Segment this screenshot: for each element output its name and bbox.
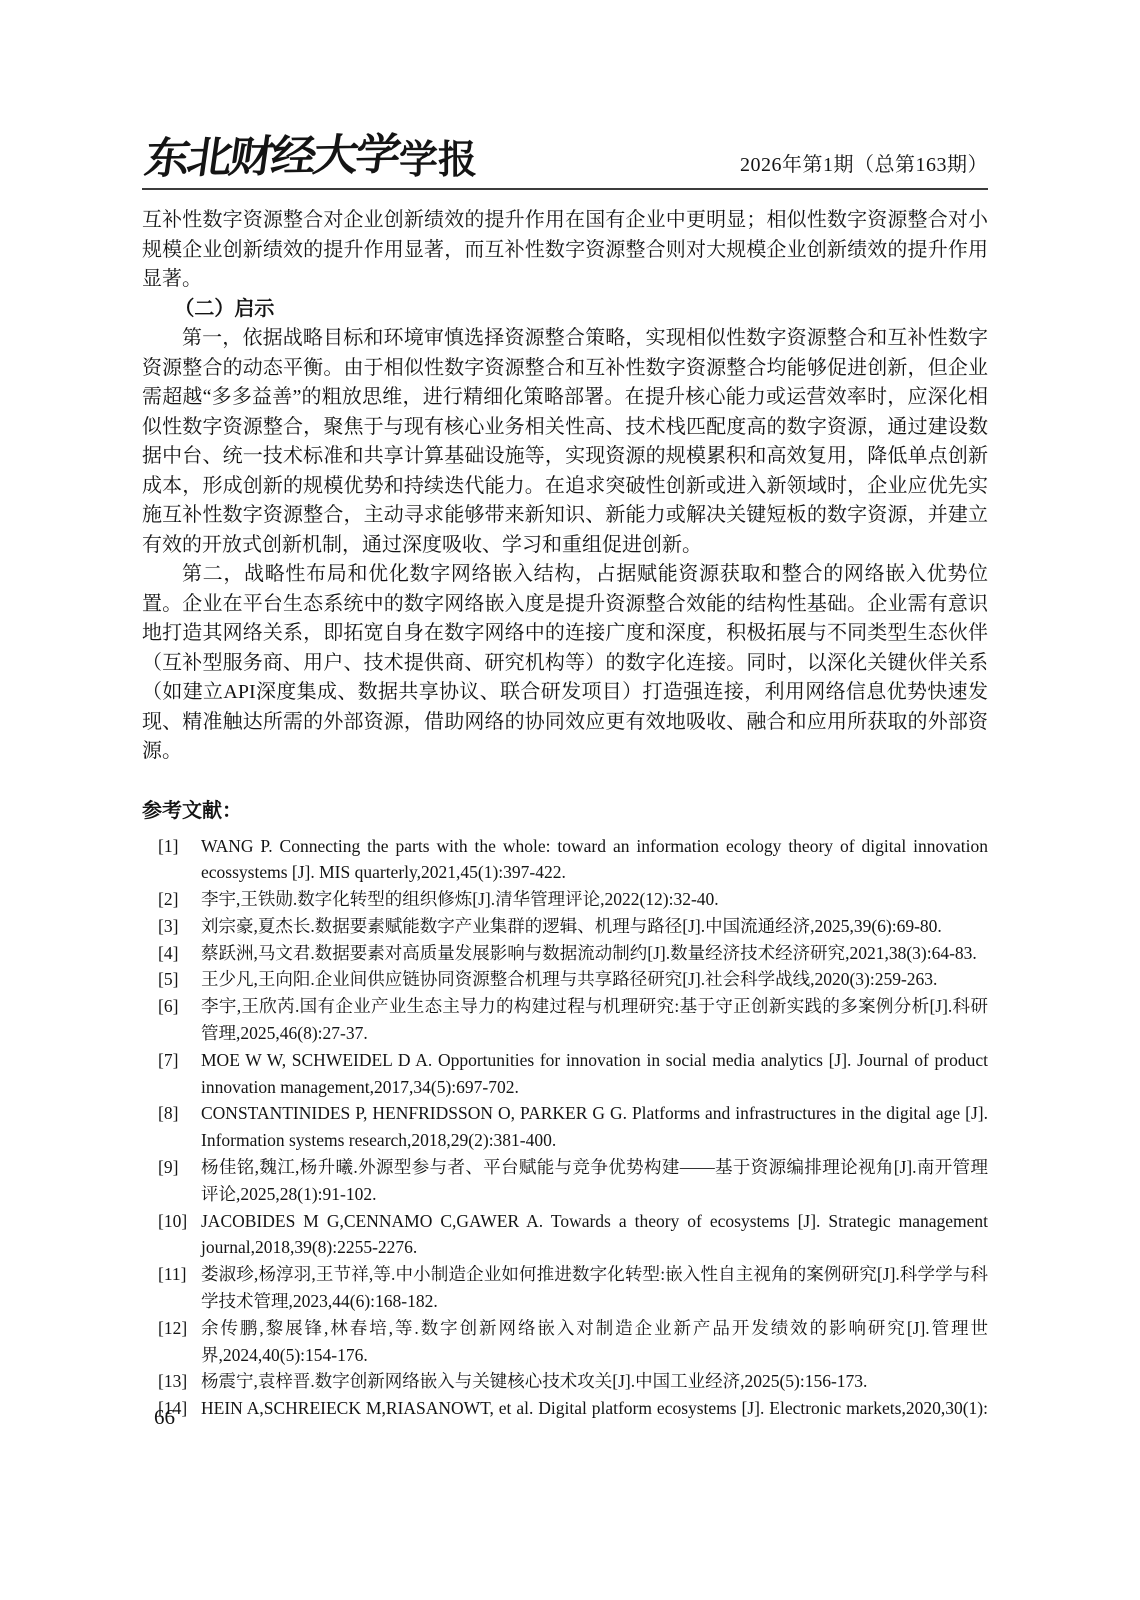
- reference-text: WANG P. Connecting the parts with the wh…: [201, 836, 988, 883]
- reference-text: 余传鹏,黎展锋,林春培,等.数字创新网络嵌入对制造企业新产品开发绩效的影响研究[…: [201, 1318, 988, 1365]
- reference-text: HEIN A,SCHREIECK M,RIASANOWT, et al. Dig…: [201, 1398, 988, 1418]
- continuation-paragraph: 互补性数字资源整合对企业创新绩效的提升作用在国有企业中更明显；相似性数字资源整合…: [142, 206, 988, 295]
- reference-item: [11] 娄淑珍,杨淳羽,王节祥,等.中小制造企业如何推进数字化转型:嵌入性自主…: [142, 1261, 988, 1315]
- reference-item: [3] 刘宗豪,夏杰长.数据要素赋能数字产业集群的逻辑、机理与路径[J].中国流…: [142, 913, 988, 940]
- reference-number: [7]: [158, 1047, 178, 1074]
- reference-number: [5]: [158, 966, 178, 993]
- journal-page: 东北财经大学学报 2026年第1期（总第163期） 互补性数字资源整合对企业创新…: [0, 0, 1140, 1600]
- reference-item: [10] JACOBIDES M G,CENNAMO C,GAWER A. To…: [142, 1208, 988, 1262]
- reference-text: JACOBIDES M G,CENNAMO C,GAWER A. Towards…: [201, 1211, 988, 1258]
- reference-item: [5] 王少凡,王向阳.企业间供应链协同资源整合机理与共享路径研究[J].社会科…: [142, 966, 988, 993]
- reference-item: [14] HEIN A,SCHREIECK M,RIASANOWT, et al…: [142, 1395, 988, 1422]
- journal-name-suffix: 学报: [399, 141, 477, 180]
- reference-text: 杨震宁,袁梓晋.数字创新网络嵌入与关键核心技术攻关[J].中国工业经济,2025…: [201, 1371, 867, 1391]
- reference-item: [1] WANG P. Connecting the parts with th…: [142, 833, 988, 887]
- section-heading: （二）启示: [142, 295, 988, 325]
- reference-number: [2]: [158, 886, 178, 913]
- reference-number: [8]: [158, 1100, 178, 1127]
- references-heading: 参考文献：: [142, 798, 988, 824]
- reference-item: [12] 余传鹏,黎展锋,林春培,等.数字创新网络嵌入对制造企业新产品开发绩效的…: [142, 1315, 988, 1369]
- issue-info: 2026年第1期（总第163期）: [740, 155, 988, 181]
- reference-text: 王少凡,王向阳.企业间供应链协同资源整合机理与共享路径研究[J].社会科学战线,…: [201, 969, 937, 989]
- reference-text: CONSTANTINIDES P, HENFRIDSSON O, PARKER …: [201, 1103, 988, 1150]
- reference-number: [10]: [158, 1208, 187, 1235]
- reference-number: [9]: [158, 1154, 178, 1181]
- journal-name-calligraphy: 东北财经大学: [142, 133, 401, 181]
- reference-number: [1]: [158, 833, 178, 860]
- reference-text: 刘宗豪,夏杰长.数据要素赋能数字产业集群的逻辑、机理与路径[J].中国流通经济,…: [201, 916, 942, 936]
- paragraph-second: 第二，战略性布局和优化数字网络嵌入结构，占据赋能资源获取和整合的网络嵌入优势位置…: [142, 560, 988, 767]
- references-list: [1] WANG P. Connecting the parts with th…: [142, 833, 988, 1423]
- reference-number: [6]: [158, 993, 178, 1020]
- page-header: 东北财经大学学报 2026年第1期（总第163期）: [142, 136, 988, 190]
- reference-number: [3]: [158, 913, 178, 940]
- journal-logo: 东北财经大学学报: [142, 136, 477, 181]
- reference-item: [8] CONSTANTINIDES P, HENFRIDSSON O, PAR…: [142, 1100, 988, 1154]
- reference-text: 杨佳铭,魏江,杨升曦.外源型参与者、平台赋能与竞争优势构建——基于资源编排理论视…: [201, 1157, 988, 1204]
- reference-text: MOE W W, SCHWEIDEL D A. Opportunities fo…: [201, 1050, 988, 1097]
- reference-number: [4]: [158, 940, 178, 967]
- reference-item: [6] 李宇,王欣芮.国有企业产业生态主导力的构建过程与机理研究:基于守正创新实…: [142, 993, 988, 1047]
- reference-item: [2] 李宇,王铁勋.数字化转型的组织修炼[J].清华管理评论,2022(12)…: [142, 886, 988, 913]
- reference-item: [4] 蔡跃洲,马文君.数据要素对高质量发展影响与数据流动制约[J].数量经济技…: [142, 940, 988, 967]
- reference-item: [13] 杨震宁,袁梓晋.数字创新网络嵌入与关键核心技术攻关[J].中国工业经济…: [142, 1368, 988, 1395]
- article-body: 互补性数字资源整合对企业创新绩效的提升作用在国有企业中更明显；相似性数字资源整合…: [142, 206, 988, 1422]
- reference-number: [12]: [158, 1315, 187, 1342]
- reference-text: 蔡跃洲,马文君.数据要素对高质量发展影响与数据流动制约[J].数量经济技术经济研…: [201, 943, 977, 963]
- page-number: 66: [154, 1405, 175, 1430]
- reference-item: [7] MOE W W, SCHWEIDEL D A. Opportunitie…: [142, 1047, 988, 1101]
- paragraph-first: 第一，依据战略目标和环境审慎选择资源整合策略，实现相似性数字资源整合和互补性数字…: [142, 324, 988, 560]
- reference-number: [11]: [158, 1261, 187, 1288]
- reference-text: 李宇,王铁勋.数字化转型的组织修炼[J].清华管理评论,2022(12):32-…: [201, 889, 719, 909]
- reference-item: [9] 杨佳铭,魏江,杨升曦.外源型参与者、平台赋能与竞争优势构建——基于资源编…: [142, 1154, 988, 1208]
- reference-number: [13]: [158, 1368, 187, 1395]
- reference-text: 娄淑珍,杨淳羽,王节祥,等.中小制造企业如何推进数字化转型:嵌入性自主视角的案例…: [201, 1264, 988, 1311]
- reference-text: 李宇,王欣芮.国有企业产业生态主导力的构建过程与机理研究:基于守正创新实践的多案…: [201, 996, 988, 1043]
